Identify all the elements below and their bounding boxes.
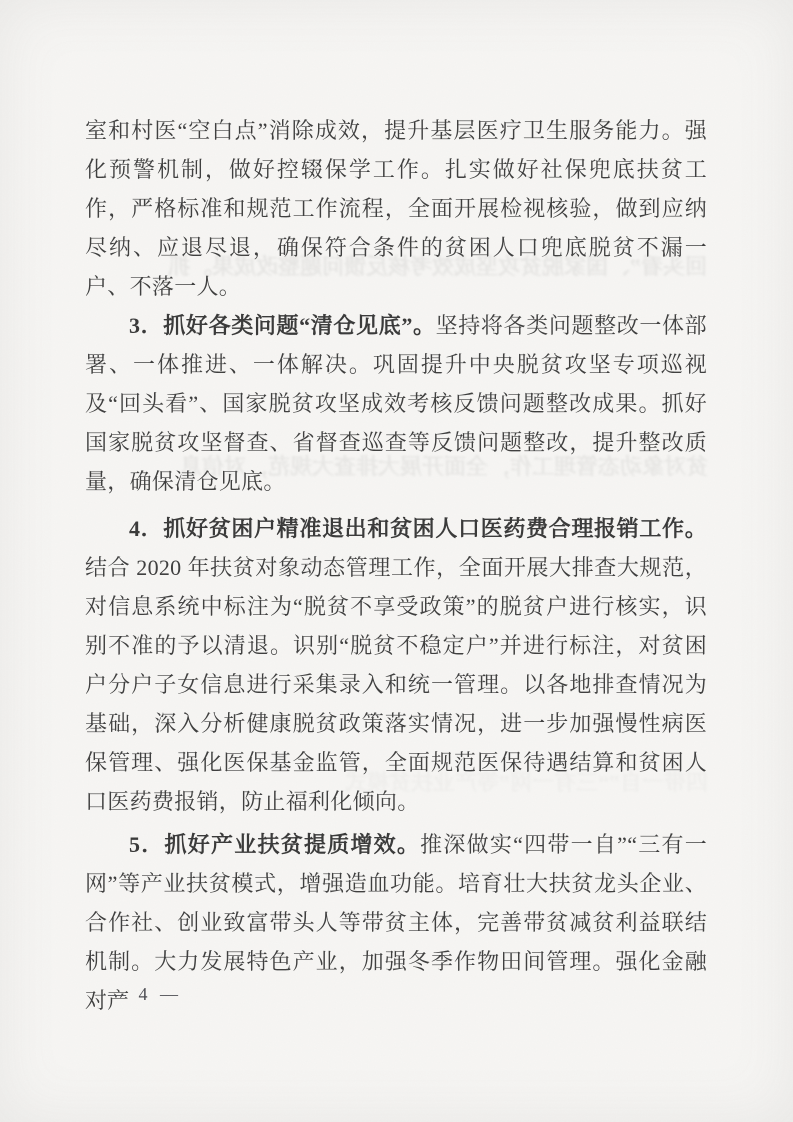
paragraph: 3．抓好各类问题“清仓见底”。坚持将各类问题整改一体部署、一体推进、一体解决。巩… xyxy=(85,306,707,501)
paragraph-lead-sentence: 5．抓好产业扶贫提质增效。 xyxy=(129,832,420,857)
paragraph: 室和村医“空白点”消除成效，提升基层医疗卫生服务能力。强化预警机制，做好控辍保学… xyxy=(85,111,707,306)
paragraph: 4．抓好贫困户精准退出和贫困人口医药费合理报销工作。结合 2020 年扶贫对象动… xyxy=(85,509,707,821)
paragraph-lead-sentence: 4．抓好贫困户精准退出和贫困人口医药费合理报销工作。 xyxy=(129,516,707,541)
paragraph-lead-sentence: 3．抓好各类问题“清仓见底”。 xyxy=(129,313,436,338)
page-number: — 4 — xyxy=(108,984,182,1005)
paragraph-text: 结合 2020 年扶贫对象动态管理工作，全面开展大排查大规范，对信息系统中标注为… xyxy=(85,555,707,814)
document-body: 室和村医“空白点”消除成效，提升基层医疗卫生服务能力。强化预警机制，做好控辍保学… xyxy=(85,111,707,1020)
scanned-document-page: 室和村医“空白点”消除成效，提升基层医疗卫生服务能力。强化预警机制，做好控辍保学… xyxy=(0,0,793,1122)
paragraph-text: 室和村医“空白点”消除成效，提升基层医疗卫生服务能力。强化预警机制，做好控辍保学… xyxy=(85,118,707,299)
paragraph-text: 坚持将各类问题整改一体部署、一体推进、一体解决。巩固提升中央脱贫攻坚专项巡视及“… xyxy=(85,313,707,494)
